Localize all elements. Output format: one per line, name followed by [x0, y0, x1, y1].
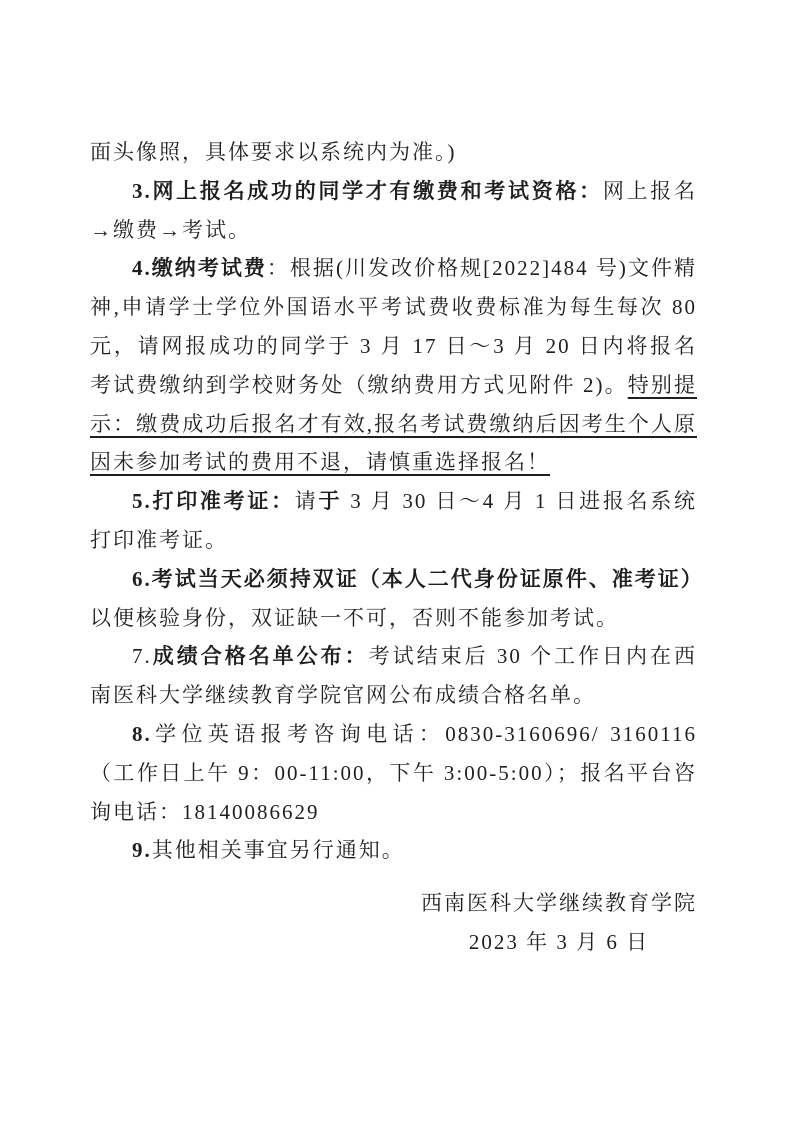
- text-run: 7.: [132, 644, 152, 668]
- text-run: 其他相关事宜另行通知。: [152, 838, 405, 862]
- document-page: 面头像照，具体要求以系统内为准。) 3.网上报名成功的同学才有缴费和考试资格：网…: [0, 0, 793, 1122]
- text-run-bold: 成绩合格名单公布：: [152, 644, 369, 668]
- text-run-bold: 8.: [132, 722, 152, 746]
- paragraph-item-9: 9.其他相关事宜另行通知。: [90, 831, 697, 870]
- paragraph-item-3: 3.网上报名成功的同学才有缴费和考试资格：网上报名→缴费→考试。: [90, 172, 697, 250]
- paragraph-continuation: 面头像照，具体要求以系统内为准。): [90, 133, 697, 172]
- paragraph-item-4: 4.缴纳考试费：根据(川发改价格规[2022]484 号)文件精神,申请学士学位…: [90, 249, 697, 482]
- paragraph-item-7: 7.成绩合格名单公布：考试结束后 30 个工作日内在西南医科大学继续教育学院官网…: [90, 637, 697, 715]
- paragraph-item-6: 6.考试当天必须持双证（本人二代身份证原件、准考证）以便核验身份，双证缺一不可，…: [90, 560, 697, 638]
- signature-block: 西南医科大学继续教育学院 2023 年 3 月 6 日: [421, 884, 697, 962]
- text-run-bold: 4.缴纳考试费: [132, 256, 267, 280]
- paragraph-item-8: 8.学位英语报考咨询电话：0830-3160696/ 3160116（工作日上午…: [90, 715, 697, 831]
- signature-org: 西南医科大学继续教育学院: [421, 884, 697, 923]
- signature-date: 2023 年 3 月 6 日: [421, 923, 697, 962]
- text-run: 以便核验身份，双证缺一不可，否则不能参加考试。: [90, 606, 619, 630]
- text-run-bold: 于: [319, 489, 343, 513]
- text-run-bold: 3.网上报名成功的同学才有缴费和考试资格：: [132, 179, 603, 203]
- text-run-bold: 6.考试当天必须持双证（本人二代身份证原件、准考证）: [132, 567, 704, 591]
- text-run-bold: 5.打印准考证：: [132, 489, 295, 513]
- text-run-bold: 9.: [132, 838, 152, 862]
- document-body: 面头像照，具体要求以系统内为准。) 3.网上报名成功的同学才有缴费和考试资格：网…: [90, 133, 697, 962]
- text-run: 面头像照，具体要求以系统内为准。): [90, 140, 457, 164]
- text-run: 请: [295, 489, 319, 513]
- paragraph-item-5: 5.打印准考证：请于 3 月 30 日～4 月 1 日进报名系统打印准考证。: [90, 482, 697, 560]
- text-run: 学位英语报考咨询电话：0830-3160696/ 3160116（工作日上午 9…: [90, 722, 697, 824]
